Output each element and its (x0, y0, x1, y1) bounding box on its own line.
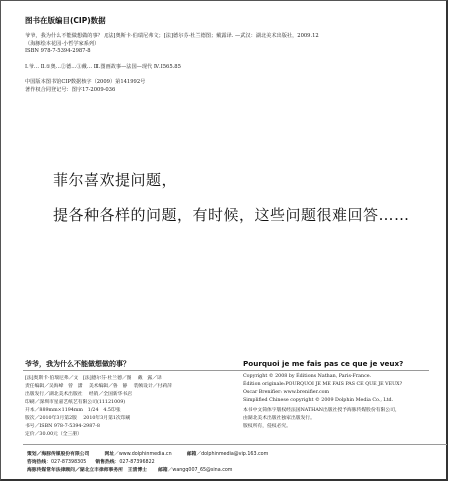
cip-line-4: Ⅰ.爷… Ⅱ.①奥…②德…③戴… Ⅲ.图画故事—法国—现代 Ⅳ.I565.85 (25, 63, 181, 70)
divider-bottom (23, 444, 447, 445)
cip-line-2: （海豚绘本花园·小哲学家系列） (25, 40, 99, 47)
footer-line-3: 海豚传媒常年法律顾问／湖北立丰律师事务所 王清博士 邮箱／wangq007_65… (27, 466, 232, 473)
email-label: 邮箱 (187, 452, 197, 457)
sales-hotline-number: ：027-87396822 (115, 460, 155, 465)
copyright-page: 图书在版编目(CIP)数据 爷爷，我为什么不能做想做的事？ /[法]奥斯卡·伯瑞… (0, 0, 448, 481)
cip-line-5: 中国版本图书馆CIP数据核字（2009）第141992号 (25, 78, 145, 85)
legal-email-label: 邮箱 (158, 468, 168, 473)
cip-title: 图书在版编目(CIP)数据 (25, 15, 106, 26)
email-link[interactable]: ／dolphinmedia@vip.163.com (196, 452, 268, 457)
info-line-8: 定价／30.00元（全三册） (25, 430, 82, 437)
info-line-4: 印刷／深圳市星嘉艺纸艺有限公司(1112100​9) (25, 398, 125, 405)
info-line-1: [法]奥斯卡·伯瑞尼弗／文 [法]德尔芬·杜兰德／图 戴 露／译 (25, 374, 162, 381)
publisher-label: 策划／海豚传媒股份有限公司 (27, 452, 89, 457)
book-title-french: Pourquoi je me fais pas ce que je veux? (243, 359, 403, 368)
legal-counsel: 海豚传媒常年法律顾问／湖北立丰律师事务所 王清博士 (27, 468, 147, 473)
footer-line-2: 咨询热线：027-87398305 销售热线：027-87396822 (27, 458, 155, 465)
info-line-3: 出版发行／湖北美术出版社 经销／全国新华书店 (25, 390, 132, 397)
footer-line-1: 策划／海豚传媒股份有限公司 网址／www.dolphinmedia.cn 邮箱／… (27, 450, 268, 457)
rights-line-4: Simplified Chinese copyright © 2009 Dolp… (243, 398, 393, 403)
rights-line-1: Copyright © 2008 by Éditions Nathan, Par… (243, 374, 371, 379)
quote-line-2: 提各种各样的问题，有时候，这些问题很难回答…… (53, 204, 410, 225)
legal-email-link[interactable]: ／wangq007_65@sina.com (168, 468, 233, 473)
info-line-6: 版次／2010年3月第2版 2010年3月第1次印刷 (25, 414, 130, 421)
sales-hotline-label: 销售热线 (95, 460, 114, 465)
book-title-chinese: 爷爷，我为什么不能做想做的事？ (25, 359, 130, 369)
divider-top (23, 370, 429, 371)
quote-line-1: 菲尔喜欢提问题， (53, 169, 177, 190)
rights-line-7: 版权所有，侵权必究。 (243, 422, 291, 429)
cip-line-3: ISBN 978-7-5394-2987-8 (25, 48, 91, 54)
website-link[interactable]: ／www.dolphinmedia.cn (114, 452, 172, 457)
rights-line-6: 由湖北美术出版社独家出版发行。 (243, 414, 315, 421)
info-line-5: 开本／889mm×1194mm 1/24 4.5印张 (25, 406, 121, 413)
info-line-2: 责任编辑／吴海峰 曾 潇 美术编辑／鲁 静 装帧设计／付莉萍 (25, 382, 172, 389)
hotline-number: ：027-87398305 (46, 460, 86, 465)
info-line-7: 书号／ISBN 978-7-5394-2987-8 (25, 422, 100, 429)
rights-line-3: Oscar Brenifier: www.brenifier.com (243, 390, 329, 395)
rights-line-5: 本书中文简体字版权经法国NATHAN出版社授予海豚传媒股份有限公司， (243, 406, 400, 413)
website-label: 网址 (104, 452, 114, 457)
cip-line-1: 爷爷，我为什么不能做想做的事？ /[法]奥斯卡·伯瑞尼弗文；[法]德尔芬·杜兰德… (25, 32, 319, 39)
rights-line-2: Édition originale:POURQUOI JE ME FAIS PA… (243, 382, 402, 387)
hotline-label: 咨询热线 (27, 460, 46, 465)
cip-line-6: 著作权合同登记号：图字17-2009-036 (25, 86, 115, 93)
